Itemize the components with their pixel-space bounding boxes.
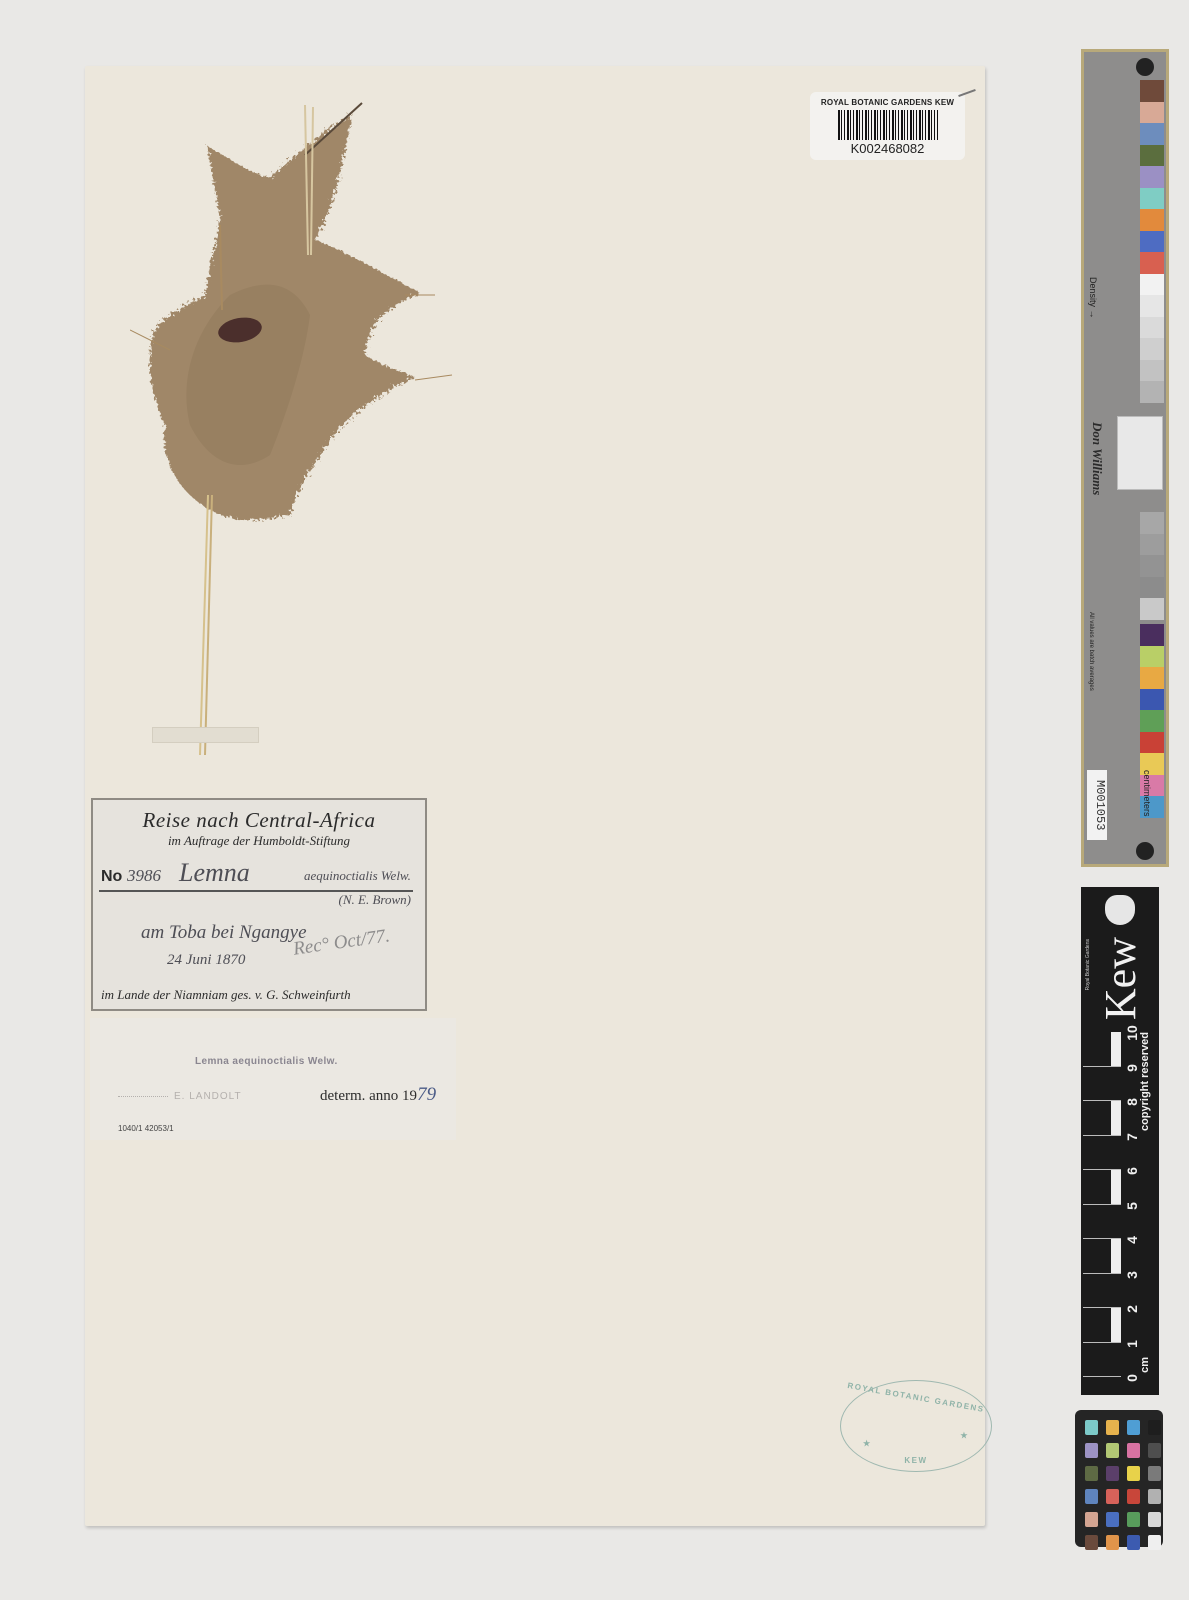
scale-segment [1083,1343,1121,1378]
color-swatch [1140,80,1164,102]
kew-subtitle: Royal Botanic Gardens [1085,939,1091,990]
color-swatch [1140,624,1164,646]
scale-segment [1083,1101,1121,1136]
ruler-note: All values are batch averages [1088,612,1094,691]
color-swatch [1140,577,1164,599]
checker-patch [1127,1443,1140,1458]
scale-digit: 10 [1124,1024,1140,1042]
checker-patch [1127,1535,1140,1550]
scale-segment [1083,1308,1121,1343]
color-swatch [1140,102,1164,124]
reference-numbers: 1040/1 42053/1 [118,1124,174,1133]
scale-inner [1111,1032,1121,1066]
scale-segment [1083,1205,1121,1240]
ruler-code: M001053 [1087,770,1107,840]
determination-year: determ. anno 1979 [320,1084,436,1106]
checker-patch [1085,1420,1098,1435]
scale-digit: 2 [1124,1300,1140,1318]
determination-label: Lemna aequinoctialis Welw. E. LANDOLT de… [90,1018,456,1140]
kew-stamp: ROYAL BOTANIC GARDENS ★ ★ KEW [840,1380,992,1472]
determ-year-suffix: 79 [417,1084,436,1105]
color-swatch [1140,598,1164,620]
color-swatch [1140,338,1164,360]
scale-inner [1111,1308,1121,1342]
checker-patch [1085,1443,1098,1458]
scale-digit: 8 [1124,1093,1140,1111]
determ-prefix: determ. anno 19 [320,1088,417,1104]
scale-inner [1111,1136,1121,1170]
checker-patch [1127,1466,1140,1481]
hole-icon [1136,842,1154,860]
label-subtitle: im Auftrage der Humboldt-Stiftung [93,833,425,849]
number-row: No 3986 Lemna aequinoctialis Welw. [99,864,413,892]
scale-segment [1083,1239,1121,1274]
checker-patch [1127,1489,1140,1504]
collection-label: Reise nach Central-Africa im Auftrage de… [91,798,427,1011]
checker-patch [1085,1535,1098,1550]
checker-patch [1127,1512,1140,1527]
checker-patch [1148,1535,1161,1550]
color-swatch [1140,231,1164,253]
determiner: E. LANDOLT [118,1091,242,1102]
color-swatch [1140,123,1164,145]
checker-patch [1106,1443,1119,1458]
number-prefix: No [101,868,122,886]
star-icon: ★ [960,1431,969,1440]
color-swatch [1140,209,1164,231]
color-swatch [1140,317,1164,339]
scale-inner [1111,1239,1121,1273]
checker-patch [1148,1443,1161,1458]
hole-icon [1136,58,1154,76]
checker-patch [1106,1489,1119,1504]
scale-inner [1111,1170,1121,1204]
color-swatch [1140,252,1164,274]
checker-patch [1085,1512,1098,1527]
ruler-brand: Don Williams [1089,422,1105,495]
locality: am Toba bei Ngangye [141,922,307,944]
unit-label: cm [1139,1357,1151,1373]
species-name: aequinoctialis Welw. [304,868,411,884]
color-swatch [1140,145,1164,167]
checker-patch [1106,1466,1119,1481]
scale-digit: 1 [1124,1335,1140,1353]
genus-name: Lemna [179,858,250,888]
color-swatch [1140,360,1164,382]
checker-patch [1106,1512,1119,1527]
checker-patch [1085,1489,1098,1504]
checker-patch [1148,1420,1161,1435]
checker-patch [1106,1420,1119,1435]
scale-inner [1111,1205,1121,1239]
scale-inner [1111,1343,1121,1377]
stamp-bottom-text: KEW [841,1456,991,1465]
label-title: Reise nach Central-Africa [93,808,425,833]
color-swatch [1140,732,1164,754]
color-swatch [1140,534,1164,556]
checker-patch [1127,1420,1140,1435]
collection-date: 24 Juni 1870 [167,952,245,969]
lower-gray-swatches [1140,512,1164,620]
kew-scale-bar: Royal Botanic Gardens Kew 109876543210 c… [1081,887,1159,1395]
color-swatch [1140,555,1164,577]
collection-number: 3986 [127,866,161,886]
checker-patch [1106,1535,1119,1550]
color-checker [1075,1410,1163,1547]
scale-segment [1083,1067,1121,1102]
scale-digit: 6 [1124,1162,1140,1180]
color-swatch [1140,274,1164,296]
checker-patch [1085,1466,1098,1481]
scale-digit: 4 [1124,1231,1140,1249]
scale-inner [1111,1067,1121,1101]
barcode-label: ROYAL BOTANIC GARDENS KEW K002468082 [810,92,965,160]
mounting-tape [152,727,259,743]
checker-patch [1148,1489,1161,1504]
kew-logo: Kew [1095,937,1146,1020]
scale-segment [1083,1170,1121,1205]
institution-name: ROYAL BOTANIC GARDENS KEW [810,98,965,107]
determiner-note: (N. E. Brown) [339,892,411,908]
gray-card [1117,416,1163,490]
top-swatches [1140,80,1164,403]
received-note: Rec° Oct/77. [292,925,391,960]
label-footer: im Lande der Niamniam ges. v. G. Schwein… [101,987,351,1003]
scale-segment [1083,1136,1121,1171]
plant-specimen [130,95,460,775]
colour-ruler: inches Density → Don Williams All values… [1081,49,1169,867]
determination-name: Lemna aequinoctialis Welw. [195,1056,338,1067]
scale-digit: 3 [1124,1266,1140,1284]
color-swatch [1140,710,1164,732]
color-swatch [1140,188,1164,210]
color-swatch [1140,166,1164,188]
crest-icon [1105,895,1135,925]
copyright-text: copyright reserved [1139,1032,1151,1131]
color-swatch [1140,646,1164,668]
color-swatch [1140,667,1164,689]
scale-inner [1111,1274,1121,1308]
checker-patch [1148,1512,1161,1527]
cm-scale [1083,1032,1121,1387]
color-swatch [1140,689,1164,711]
scale-digit: 7 [1124,1128,1140,1146]
barcode-icon [838,110,938,140]
color-swatch [1140,381,1164,403]
scale-digit: 0 [1124,1369,1140,1387]
scale-digit: 5 [1124,1197,1140,1215]
density-label: Density → [1088,277,1098,319]
scale-digit: 9 [1124,1059,1140,1077]
scale-segment [1083,1032,1121,1067]
star-icon: ★ [863,1439,872,1448]
scale-inner [1111,1101,1121,1135]
checker-patch [1148,1466,1161,1481]
barcode-number: K002468082 [810,141,965,156]
color-swatch [1140,295,1164,317]
scale-segment [1083,1274,1121,1309]
color-swatch [1140,512,1164,534]
centimeters-label: centimeters [1142,770,1152,817]
